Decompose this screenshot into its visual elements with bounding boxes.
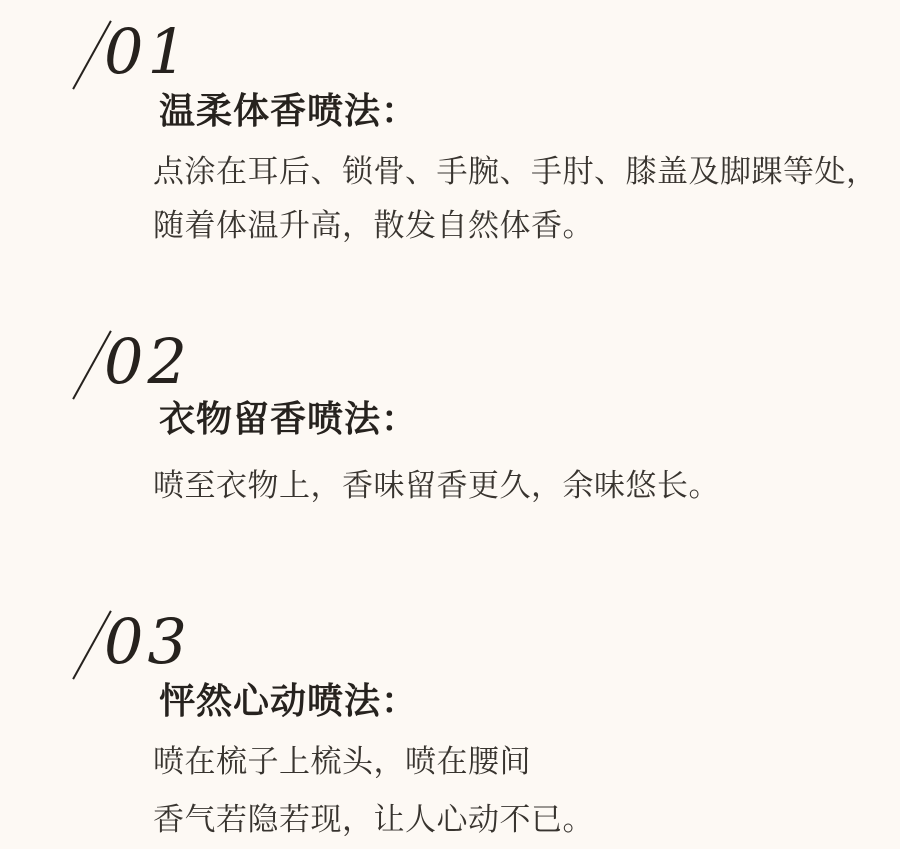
section-body-line: 喷在梳子上梳头，喷在腰间	[153, 745, 531, 781]
section-heading: 怦然心动喷法：	[159, 682, 418, 722]
section-heading: 衣物留香喷法：	[159, 400, 418, 440]
section-index-number: 03	[104, 611, 191, 673]
product-description-panel: 01 温柔体香喷法： 点涂在耳后、锁骨、手腕、手肘、膝盖及脚踝等处， 随着体温升…	[0, 0, 900, 849]
section-body-line: 香气若隐若现，让人心动不已。	[153, 803, 594, 839]
section-heading: 温柔体香喷法：	[159, 92, 418, 132]
section-body-line: 喷至衣物上，香味留香更久，余味悠长。	[153, 469, 720, 505]
section-index-number: 02	[104, 331, 191, 393]
section-body-line: 随着体温升高，散发自然体香。	[153, 209, 594, 245]
section-index-number: 01	[104, 21, 191, 83]
section-body-line: 点涂在耳后、锁骨、手腕、手肘、膝盖及脚踝等处，	[153, 155, 878, 191]
